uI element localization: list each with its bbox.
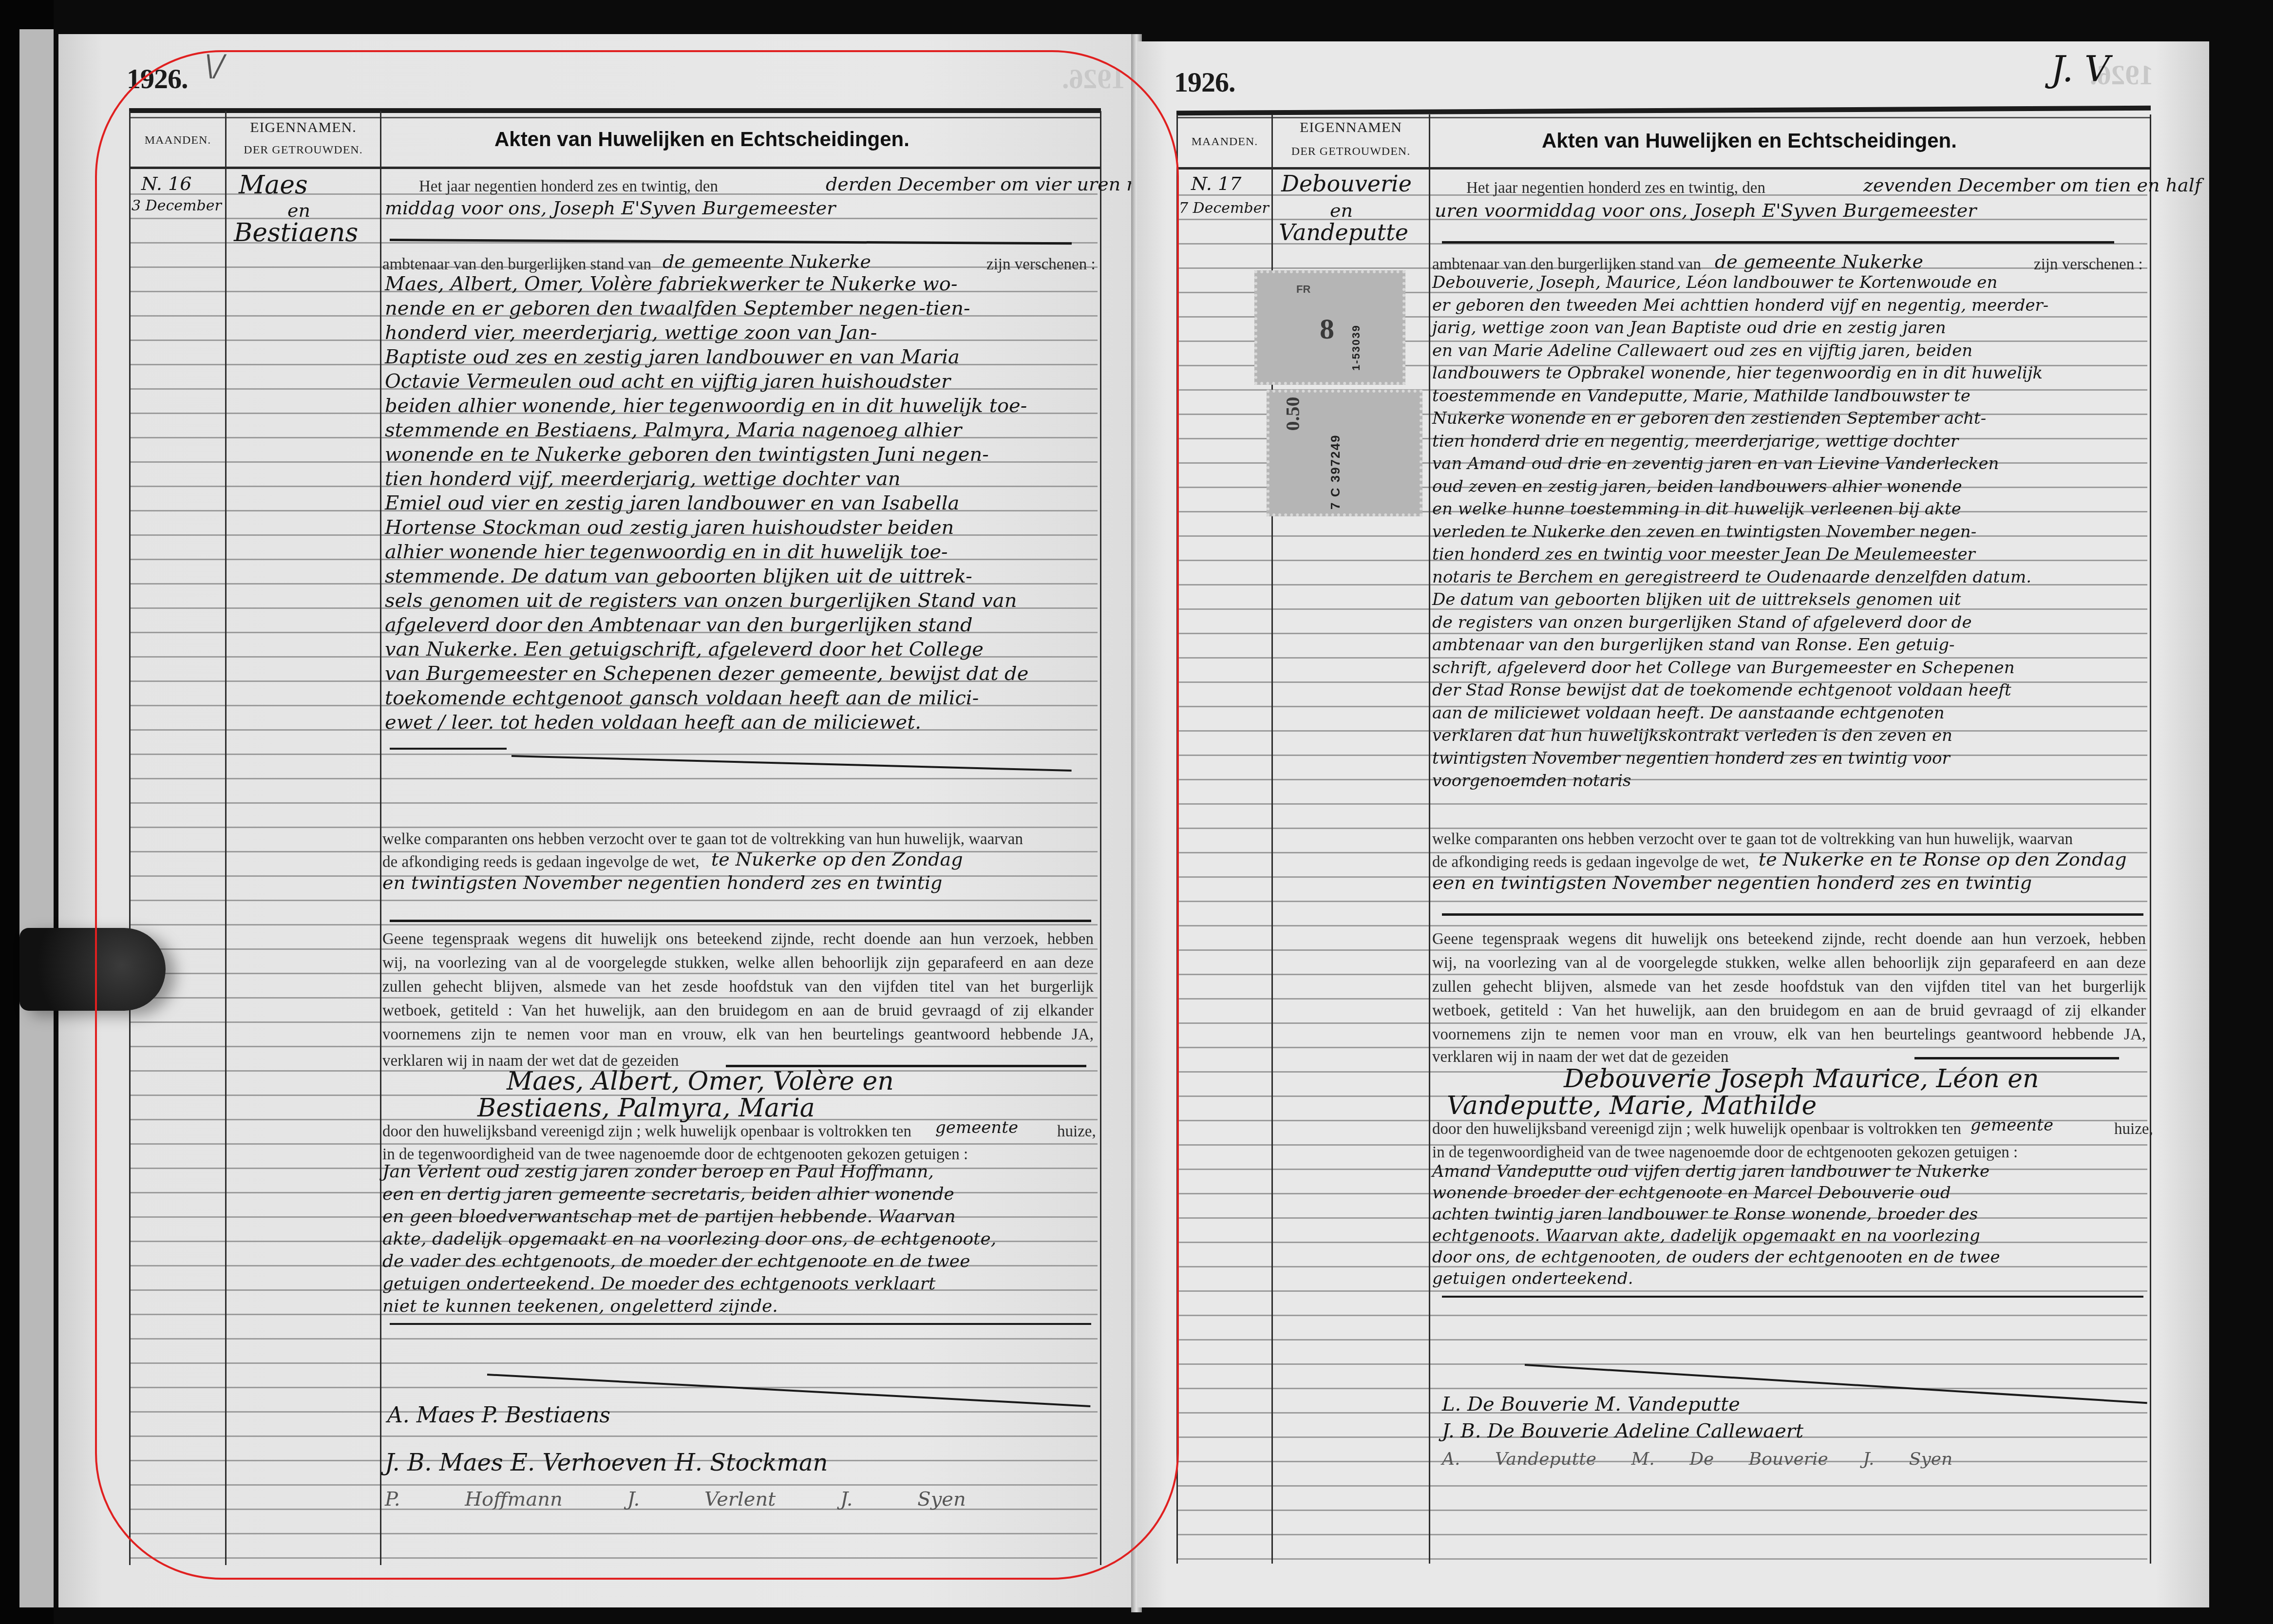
- text-line: toekomende echtgenoot gansch voldaan hee…: [385, 687, 979, 709]
- left-printed-house: huize,: [1057, 1123, 1096, 1141]
- right-couple-1: Debouverie Joseph Maurice, Léon en: [1564, 1064, 2039, 1094]
- text-line: de registers van onzen burgerlijken Stan…: [1432, 613, 1972, 632]
- left-couple-1: Maes, Albert, Omer, Volère en: [507, 1067, 894, 1096]
- text-line: aan de miliciewet voldaan heeft. De aans…: [1432, 703, 1945, 723]
- text-line: er geboren den tweeden Mei achttien hond…: [1432, 296, 2048, 315]
- left-printed-request-2: de afkondiging reeds is gedaan ingevolge…: [382, 853, 700, 871]
- right-signature-line-1: L. De Bouverie M. Vandeputte: [1442, 1393, 1740, 1416]
- right-header-bottom-rule: [1176, 167, 2151, 170]
- text-line: Amand Vandeputte oud vijfen dertig jaren…: [1432, 1162, 1989, 1181]
- text-line: verklaren dat hun huwelijkskontrakt verl…: [1432, 726, 1952, 745]
- right-name-and: en: [1330, 200, 1353, 221]
- left-name-groom: Maes: [239, 170, 308, 200]
- right-header-names-1: EIGENNAMEN: [1273, 119, 1429, 136]
- text-line: toestemmende en Vandeputte, Marie, Mathi…: [1432, 386, 1970, 406]
- text-line: tien honderd drie en negentig, meerderja…: [1432, 432, 1958, 451]
- text-line: ambtenaar van den burgerlijken stand van…: [1432, 635, 1955, 655]
- revenue-stamp-8fr: 8 1-53039 FR: [1254, 270, 1405, 385]
- left-close-stroke-short: [390, 748, 507, 750]
- left-printed-united: door den huwelijksband vereenigd zijn ; …: [382, 1123, 911, 1141]
- text-line: wonende en te Nukerke geboren den twinti…: [385, 443, 989, 466]
- left-bleedthrough-year: 1926.: [1062, 62, 1126, 95]
- right-fill-stroke-1: [1442, 241, 2114, 244]
- stamp-serial-8: 1-53039: [1350, 324, 1363, 371]
- text-line: Geene tegenspraak wegens dit huwelijk on…: [1432, 930, 2146, 948]
- left-ruled-months: [131, 170, 225, 1564]
- right-printed-witnesses: in de tegenwoordigheid van de twee nagen…: [1432, 1144, 2018, 1162]
- text-line: tien honderd zes en twintig voor meester…: [1432, 545, 1975, 564]
- text-line: honderd vier, meerderjarig, wettige zoon…: [385, 321, 877, 344]
- text-line: Nukerke wonende en er geboren den zestie…: [1432, 409, 1986, 428]
- left-hand-officer-fill: de gemeente Nukerke: [663, 251, 871, 272]
- right-hand-request-fill: te Nukerke en te Ronse op den Zondag: [1759, 849, 2126, 870]
- left-corner-mark: \/: [205, 49, 224, 83]
- text-line: stemmende en Bestiaens, Palmyra, Maria n…: [385, 419, 962, 441]
- text-line: Geene tegenspraak wegens dit huwelijk on…: [382, 930, 1094, 948]
- text-line: Octavie Vermeulen oud acht en vijftig ja…: [385, 370, 950, 393]
- text-line: van Nukerke. Een getuigschrift, afgeleve…: [385, 638, 984, 661]
- left-header-names-2: DER GETROUWDEN.: [227, 144, 380, 157]
- left-page-title: Akten van Huwelijken en Echtscheidingen.: [494, 128, 909, 151]
- right-declare-stroke: [1914, 1057, 2119, 1059]
- left-entry-date: 3 December: [132, 197, 222, 214]
- text-line: akte, dadelijk opgemaakt en na voorlezin…: [382, 1229, 996, 1249]
- thumb-with-thimble: [19, 928, 166, 1011]
- right-signature-line-3: A. Vandeputte M. De Bouverie J. Syen: [1442, 1449, 1952, 1469]
- left-request-stroke: [390, 920, 1091, 922]
- right-witness-stroke: [1442, 1296, 2143, 1298]
- text-line: verleden te Nukerke den zeven en twintig…: [1432, 522, 1976, 542]
- left-header-months: MAANDEN.: [131, 134, 225, 147]
- left-name-bride: Bestiaens: [234, 218, 358, 247]
- book-edge-left: [19, 29, 54, 1607]
- right-printed-declare: verklaren wij in naam der wet dat de gez…: [1432, 1048, 1728, 1066]
- text-line: voornemens zijn te nemen voor man en vro…: [1432, 1026, 2146, 1044]
- text-line: beiden alhier wonende, hier tegenwoordig…: [385, 395, 1027, 417]
- text-line: Baptiste oud zes en zestig jaren landbou…: [385, 346, 960, 368]
- right-entry-number: N. 17: [1191, 173, 1241, 194]
- text-line: afgeleverd door den Ambtenaar van den bu…: [385, 614, 973, 636]
- right-hand-officer-fill: de gemeente Nukerke: [1715, 251, 1923, 272]
- right-couple-2: Vandeputte, Marie, Mathilde: [1447, 1091, 1817, 1120]
- text-line: een en dertig jaren gemeente secretaris,…: [382, 1184, 954, 1204]
- left-signature-line-2: J. B. Maes E. Verhoeven H. Stockman: [385, 1449, 828, 1476]
- right-hand-request-fill-2: een en twintigsten November negentien ho…: [1432, 872, 2032, 893]
- left-entry-number: N. 16: [141, 173, 191, 194]
- text-line: voornemens zijn te nemen voor man en vro…: [382, 1026, 1094, 1044]
- text-line: twintigsten November negentien honderd z…: [1432, 749, 1950, 768]
- right-printed-request-2: de afkondiging reeds is gedaan ingevolge…: [1432, 853, 1749, 871]
- right-printed-officer: ambtenaar van den burgerlijken stand van: [1432, 256, 1701, 274]
- left-hand-opening-fill-2: middag voor ons, Joseph E'Syven Burgemee…: [385, 197, 835, 219]
- text-line: zullen gehecht blijven, alsmede van het …: [382, 978, 1094, 996]
- right-name-groom: Debouverie: [1281, 170, 1412, 197]
- text-line: van Burgemeester en Schepenen dezer geme…: [385, 662, 1028, 685]
- text-line: schrift, afgeleverd door het College van…: [1432, 658, 2015, 678]
- left-year: 1926.: [127, 62, 188, 95]
- text-line: wetboek, getiteld : Van het huwelijk, aa…: [1432, 1002, 2146, 1020]
- right-signature-line-2: J. B. De Bouverie Adeline Callewaert: [1442, 1420, 1803, 1442]
- right-header-names-2: DER GETROUWDEN.: [1273, 145, 1429, 158]
- text-line: wonende broeder der echtgenoote en Marce…: [1432, 1183, 1951, 1203]
- right-year: 1926.: [1174, 66, 1235, 98]
- left-hand-request-fill: te Nukerke op den Zondag: [711, 849, 963, 870]
- text-line: en geen bloedverwantschap met de partije…: [382, 1207, 956, 1227]
- right-hand-opening-fill: zevenden December om tien en half: [1863, 174, 2201, 196]
- text-line: getuigen onderteekend. De moeder des ech…: [382, 1274, 935, 1294]
- right-request-stroke: [1442, 913, 2143, 916]
- text-line: van Amand oud drie en zeventig jaren en …: [1432, 454, 1999, 473]
- text-line: wij, na voorlezing van al de voorgelegde…: [382, 954, 1094, 972]
- text-line: sels genomen uit de registers van onzen …: [385, 589, 1017, 612]
- text-line: notaris te Berchem en geregistreerd te O…: [1432, 567, 2031, 587]
- text-line: der Stad Ronse bewijst dat de toekomende…: [1432, 680, 2011, 700]
- left-hand-request-fill-2: en twintigsten November negentien honder…: [382, 872, 942, 893]
- text-line: voorgenoemden notaris: [1432, 771, 1631, 791]
- left-ruled-names: [227, 170, 380, 1564]
- left-witness-stroke: [390, 1323, 1091, 1325]
- right-hand-opening-fill-2: uren voormiddag voor ons, Joseph E'Syven…: [1435, 200, 1976, 221]
- right-header-months: MAANDEN.: [1178, 135, 1271, 149]
- text-line: echtgenoots. Waarvan akte, dadelijk opge…: [1432, 1226, 1980, 1246]
- text-line: Jan Verlent oud zestig jaren zonder bero…: [382, 1162, 934, 1182]
- text-line: Hortense Stockman oud zestig jaren huish…: [385, 516, 954, 539]
- text-line: Emiel oud vier en zestig jaren landbouwe…: [385, 492, 959, 514]
- left-hand-opening-fill: derden December om vier uren na-: [826, 173, 1155, 195]
- right-printed-house: huize,: [2114, 1120, 2153, 1138]
- left-signature-line-1: A. Maes P. Bestiaens: [387, 1403, 610, 1428]
- right-printed-request-1: welke comparanten ons hebben verzocht ov…: [1432, 831, 2146, 849]
- right-entry-date: 7 December: [1179, 200, 1269, 217]
- left-header-bottom-rule: [129, 167, 1101, 169]
- text-line: wij, na voorlezing van al de voorgelegde…: [1432, 954, 2146, 972]
- text-line: wetboek, getiteld : Van het huwelijk, aa…: [382, 1002, 1094, 1020]
- text-line: stemmende. De datum van geboorten blijke…: [385, 565, 972, 587]
- text-line: en van Marie Adeline Callewaert oud zes …: [1432, 341, 1972, 360]
- right-page-title: Akten van Huwelijken en Echtscheidingen.: [1542, 129, 1957, 152]
- right-printed-united: door den huwelijksband vereenigd zijn ; …: [1432, 1120, 1961, 1138]
- text-line: Maes, Albert, Omer, Volère fabriekwerker…: [385, 273, 957, 295]
- left-hand-house-fill: gemeente: [935, 1118, 1018, 1137]
- text-line: ewet / leer. tot heden voldaan heeft aan…: [385, 711, 921, 734]
- stamp-value-8: 8: [1320, 312, 1334, 346]
- text-line: achten twintig jaren landbouwer te Ronse…: [1432, 1205, 1978, 1224]
- right-corner-mark: J. V: [2051, 49, 2110, 90]
- right-hand-house-fill: gemeente: [1970, 1115, 2053, 1135]
- text-line: niet te kunnen teekenen, ongeletterd zij…: [382, 1296, 778, 1316]
- right-printed-appeared: zijn verschenen :: [2034, 256, 2143, 274]
- right-name-bride: Vandeputte: [1279, 219, 1408, 245]
- text-line: door ons, de echtgenooten, de ouders der…: [1432, 1247, 2000, 1267]
- stamp-serial-050: 7 C 397249: [1328, 434, 1343, 510]
- text-line: getuigen onderteekend.: [1432, 1269, 1633, 1288]
- left-signature-line-3: P. Hoffmann J. Verlent J. Syen: [385, 1488, 966, 1511]
- left-printed-appeared: zijn verschenen :: [986, 256, 1096, 274]
- text-line: oud zeven en zestig jaren, beiden landbo…: [1432, 477, 1962, 496]
- revenue-stamp-050: 0.50 7 C 397249: [1267, 390, 1422, 516]
- text-line: tien honderd vijf, meerderjarig, wettige…: [385, 468, 900, 490]
- stamp-label-fr: FR: [1296, 283, 1310, 296]
- left-header-names-1: EIGENNAMEN.: [227, 119, 380, 136]
- left-printed-opening: Het jaar negentien honderd zes en twinti…: [419, 178, 718, 196]
- text-line: de vader des echtgenoots, de moeder der …: [382, 1251, 970, 1271]
- text-line: zullen gehecht blijven, alsmede van het …: [1432, 978, 2146, 996]
- stamp-value-050: 0.50: [1281, 397, 1304, 431]
- left-couple-2: Bestiaens, Palmyra, Maria: [477, 1094, 815, 1123]
- text-line: en welke hunne toestemming in dit huweli…: [1432, 499, 1961, 519]
- text-line: landbouwers te Opbrakel wonende, hier te…: [1432, 363, 2043, 383]
- text-line: jarig, wettige zoon van Jean Baptiste ou…: [1432, 318, 1946, 338]
- left-printed-request-1: welke comparanten ons hebben verzocht ov…: [382, 831, 1094, 849]
- text-line: Debouverie, Joseph, Maurice, Léon landbo…: [1432, 273, 1997, 292]
- text-line: alhier wonende hier tegenwoordig en in d…: [385, 541, 948, 563]
- text-line: nende en er geboren den twaalfden Septem…: [385, 297, 970, 320]
- left-printed-witnesses: in de tegenwoordigheid van de twee nagen…: [382, 1146, 968, 1164]
- right-printed-opening: Het jaar negentien honderd zes en twinti…: [1466, 179, 1765, 197]
- text-line: De datum van geboorten blijken uit de ui…: [1432, 590, 1961, 609]
- left-printed-officer: ambtenaar van den burgerlijken stand van: [382, 256, 651, 274]
